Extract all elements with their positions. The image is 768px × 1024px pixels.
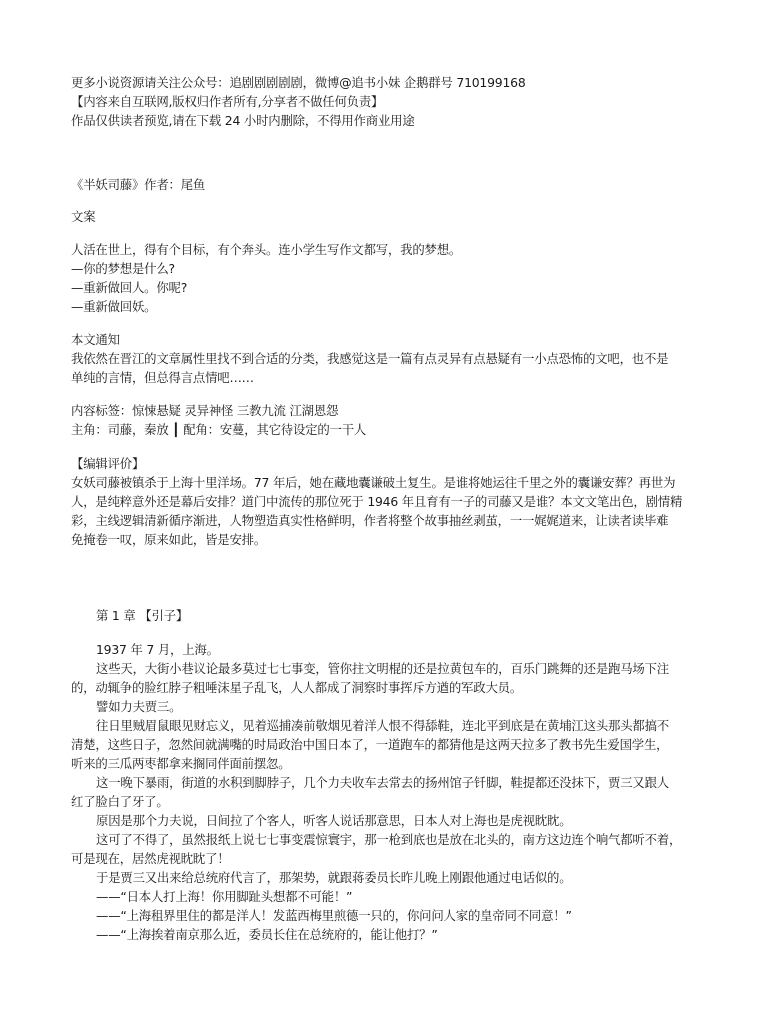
chapter-title: 第 1 章 【引子】 xyxy=(96,607,188,625)
synopsis-line: —你的梦想是什么? xyxy=(71,260,175,278)
characters: 主角：司藤，秦放 ┃ 配角：安蔓，其它待设定的一干人 xyxy=(71,421,366,439)
review-line: 彩，主线逻辑清新循序渐进，人物塑造真实性格鲜明，作者将整个故事抽丝剥茧，一一娓娓… xyxy=(71,512,668,530)
review-heading: 【编辑评价】 xyxy=(71,455,144,473)
chapter-line: ——“上海挨着南京那么近，委员长住在总统府的，能让他打？” xyxy=(96,926,438,944)
chapter-line: 原因是那个力夫说，日间拉了个客人，听客人说话那意思，日本人对上海也是虎视眈眈。 xyxy=(96,812,571,830)
chapter-line: 可是现在，居然虎视眈眈了！ xyxy=(71,850,229,868)
synopsis-line: —重新做回人。你呢? xyxy=(71,279,187,297)
chapter-line: ——“日本人打上海！你用脚趾头想都不可能！” xyxy=(96,888,352,906)
chapter-line: 的，动辄争的脸红脖子粗唾沫星子乱飞，人人都成了洞察时事挥斥方遒的军政大员。 xyxy=(71,679,522,697)
synopsis-line: 人活在世上，得有个目标，有个奔头。连小学生写作文都写，我的梦想。 xyxy=(71,241,461,259)
review-line: 免掩卷一叹，原来如此，皆是安排。 xyxy=(71,531,266,549)
content-tags: 内容标签：惊悚悬疑 灵异神怪 三教九流 江湖恩怨 xyxy=(71,402,338,420)
chapter-line: ——“上海租界里住的都是洋人！发蓝西梅里煎德一只的，你问问人家的皇帝同不同意！” xyxy=(96,907,572,925)
header-line-resources: 更多小说资源请关注公众号：追剧剧剧剧剧，微博@追书小妹 企鹅群号 7101991… xyxy=(71,74,526,92)
header-line-copyright: 【内容来自互联网,版权归作者所有,分享者不做任何负责】 xyxy=(71,93,383,111)
notice-heading: 本文通知 xyxy=(71,331,120,349)
chapter-line: 这些天，大街小巷议论最多莫过七七事变，管你拄文明棍的还是拉黄包车的，百乐门跳舞的… xyxy=(96,660,669,678)
chapter-line: 譬如力夫贾三。 xyxy=(96,698,181,716)
book-title-author: 《半妖司藤》作者：尾鱼 xyxy=(71,176,205,194)
chapter-line: 这一晚下暴雨，街道的水积到脚脖子，几个力夫收车去常去的扬州馆子钎脚，鞋提都还没抹… xyxy=(96,774,669,792)
chapter-line: 红了脸白了牙了。 xyxy=(71,793,169,811)
chapter-line: 往日里贼眉鼠眼见财忘义，见着巡捕凑前敬烟见着洋人恨不得舔鞋，连北平到底是在黄埔江… xyxy=(96,717,669,735)
header-line-disclaimer: 作品仅供读者预览,请在下载 24 小时内删除，不得用作商业用途 xyxy=(71,112,415,130)
chapter-line: 1937 年 7 月，上海。 xyxy=(96,641,219,659)
notice-line: 单纯的言情，但总得言点情吧…… xyxy=(71,369,254,387)
chapter-line: 听来的三瓜两枣都拿来搁同伴面前摆忽。 xyxy=(71,755,290,773)
synopsis-line: —重新做回妖。 xyxy=(71,298,156,316)
synopsis-heading: 文案 xyxy=(71,208,95,226)
review-line: 女妖司藤被镇杀于上海十里洋场。77 年后，她在藏地囊谦破土复生。是谁将她运往千里… xyxy=(71,474,675,492)
review-line: 人，是纯粹意外还是幕后安排？道门中流传的那位死于 1946 年且育有一子的司藤又… xyxy=(71,493,682,511)
chapter-line: 这可了不得了，虽然报纸上说七七事变震惊寰宇，那一枪到底也是放在北头的，南方这边连… xyxy=(96,831,681,849)
chapter-line: 于是贾三又出来给总统府代言了，那架势，就跟蒋委员长昨儿晚上刚跟他通过电话似的。 xyxy=(96,869,571,887)
notice-line: 我依然在晋江的文章属性里找不到合适的分类，我感觉这是一篇有点灵异有点悬疑有一小点… xyxy=(71,350,668,368)
chapter-line: 清楚，这些日子，忽然间就满嘴的时局政治中国日本了，一道跑车的都猜他是这两天拉多了… xyxy=(71,736,668,754)
